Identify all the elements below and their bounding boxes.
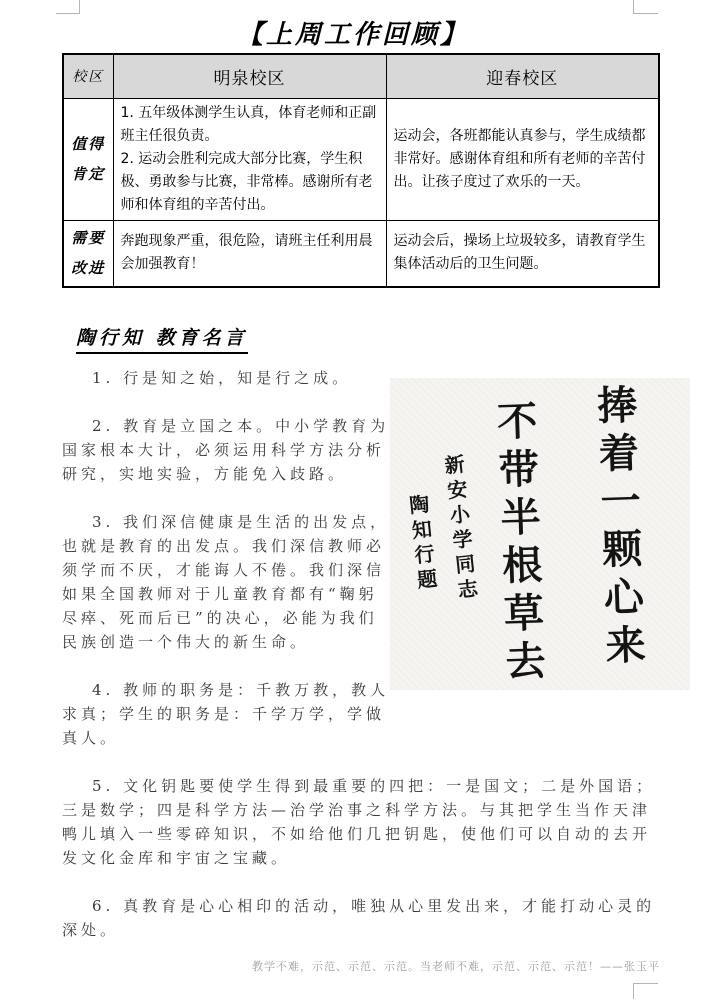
cell-mingquan-affirm: 1. 五年级体测学生认真，体育老师和正副班主任很负责。 2. 运动会胜利完成大部… [113,98,386,220]
quote-5: 5. 文化钥匙要使学生得到最重要的四把：一是国文；二是外国语；三是数学；四是科学… [62,774,658,870]
table-header-corner: 校区 [63,54,113,98]
cell-mingquan-improve: 奔跑现象严重，很危险，请班主任利用晨会加强教育！ [113,220,386,287]
quote-2: 2. 教育是立国之本。中小学教育为国家根本大计，必须运用科学方法分析研究，实地实… [62,414,392,486]
quotes-section-heading: 陶行知 教育名言 [76,323,248,354]
calligraphy-main-phrase-left: 不带半根草去 [485,399,552,689]
table-row: 值得 肯定 1. 五年级体测学生认真，体育老师和正副班主任很负责。 2. 运动会… [63,98,659,220]
cell-yingchun-improve: 运动会后，操场上垃圾较多，请教育学生集体活动后的卫生问题。 [386,220,659,287]
calligraphy-image: 捧着一颗心来 不带半根草去 新安小学同志 陶知行题 [390,378,690,690]
page-footer: 教学不难，示范、示范、示范。当老师不难，示范、示范、示范！——张玉平 [0,958,660,974]
table-row: 需要 改进 奔跑现象严重，很危险，请班主任利用晨会加强教育！ 运动会后，操场上垃… [63,220,659,287]
margin-mark-top-right [633,0,658,14]
page-title: 【上周工作回顾】 [0,14,706,51]
document-page: 【上周工作回顾】 校区 明泉校区 迎春校区 值得 肯定 1. 五年级体测学生认真… [0,0,706,999]
table-header-campus-yingchun: 迎春校区 [386,54,659,98]
margin-mark-top-left [56,0,80,14]
quote-4: 4. 教师的职务是：千教万教，教人求真；学生的职务是：千学万学，学做真人。 [62,678,392,750]
margin-mark-bottom-right [633,983,658,999]
quote-3: 3. 我们深信健康是生活的出发点，也就是教育的出发点。我们深信教师必须学而不厌，… [62,510,392,654]
table-header-row: 校区 明泉校区 迎春校区 [63,54,659,98]
row-label-needs-improvement: 需要 改进 [63,220,113,287]
review-table: 校区 明泉校区 迎春校区 值得 肯定 1. 五年级体测学生认真，体育老师和正副班… [62,53,660,288]
row-label-worth-affirming: 值得 肯定 [63,98,113,220]
cell-yingchun-affirm: 运动会，各班都能认真参与，学生成绩都非常好。感谢体育组和所有老师的辛苦付出。让孩… [386,98,659,220]
calligraphy-main-phrase-right: 捧着一颗心来 [585,383,652,673]
calligraphy-dedication: 新安小学同志 [438,453,483,605]
calligraphy-signature: 陶知行题 [403,493,442,595]
quote-6: 6. 真教育是心心相印的活动，唯独从心里发出来，才能打动心灵的深处。 [62,894,658,942]
table-header-campus-mingquan: 明泉校区 [113,54,386,98]
